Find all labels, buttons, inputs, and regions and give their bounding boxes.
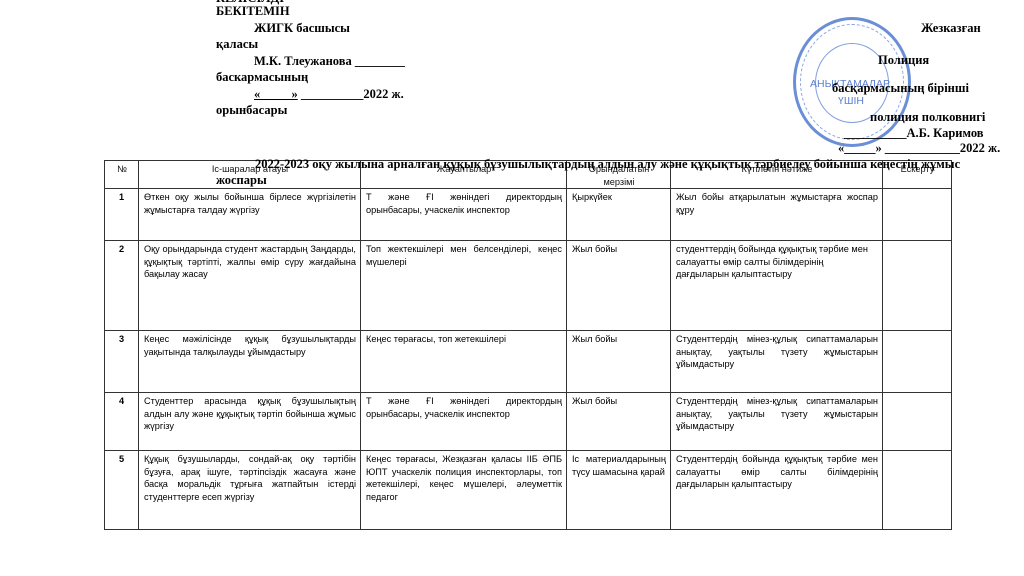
approval-right-line4: полиция полковнигі xyxy=(870,110,985,125)
responsible-cell: Кеңес төрағасы, топ жетекшілері xyxy=(361,331,567,393)
table-row: 2 Оқу орындарында студент жастардың Заңд… xyxy=(105,241,952,331)
table-row: 3 Кеңес мәжілісінде құқық бұзушылықтарды… xyxy=(105,331,952,393)
document-title: 2022-2023 оқу жылына арналған құқық бұзу… xyxy=(255,157,960,172)
row-number: 2 xyxy=(105,241,139,331)
header-number: № xyxy=(105,161,139,189)
table-row: 5 Құқық бұзушыларды, сондай-ақ оқу тәрті… xyxy=(105,451,952,530)
approval-right-line1: Жезказған xyxy=(921,21,981,36)
approval-right-line3: басқармасының бірінші xyxy=(832,81,969,96)
responsible-cell: Т және ҒІ жөніндегі директордың орынбаса… xyxy=(361,393,567,451)
approval-left-line7: орынбасары xyxy=(216,103,287,118)
result-cell: Жыл бойы атқарылатын жұмыстарға жоспар қ… xyxy=(671,189,883,241)
table-row: 1 Өткен оқу жылы бойынша бірлесе жүргізі… xyxy=(105,189,952,241)
deadline-cell: Жыл бойы xyxy=(567,331,671,393)
row-number: 1 xyxy=(105,189,139,241)
note-cell xyxy=(883,241,952,331)
note-cell xyxy=(883,189,952,241)
activity-cell: Студенттер арасында құқық бұзушылықтың а… xyxy=(139,393,361,451)
deadline-cell: Қыркүйек xyxy=(567,189,671,241)
approval-left-line3: қаласы xyxy=(216,37,258,52)
activity-cell: Өткен оқу жылы бойынша бірлесе жүргізіле… xyxy=(139,189,361,241)
work-plan-table: № Іс-шаралар атауы Жауаптылар Орындалаты… xyxy=(104,160,952,530)
table-row: 4 Студенттер арасында құқық бұзушылықтың… xyxy=(105,393,952,451)
deadline-cell: Жыл бойы xyxy=(567,241,671,331)
deadline-cell: Жыл бойы xyxy=(567,393,671,451)
approval-left-date: «_____» __________2022 ж. xyxy=(254,87,404,102)
document-title-line2: жоспары xyxy=(216,173,267,188)
activity-cell: Оқу орындарында студент жастардың Заңдар… xyxy=(139,241,361,331)
approval-right-line2: Полиция xyxy=(878,53,929,68)
result-cell: Студенттердің мінез-құлық сипаттамаларын… xyxy=(671,393,883,451)
note-cell xyxy=(883,331,952,393)
approval-right-signature: __________А.Б. Каримов xyxy=(844,126,984,141)
approval-left-signature: М.К. Тлеужанова ________ xyxy=(254,54,405,69)
responsible-cell: Топ жектекшілері мен белсенділері, кеңес… xyxy=(361,241,567,331)
responsible-cell: Кеңес төрағасы, Жезқазған қаласы ІІБ ӘПБ… xyxy=(361,451,567,530)
deadline-cell: Іс материалдарының түсу шамасына қарай xyxy=(567,451,671,530)
row-number: 3 xyxy=(105,331,139,393)
date-quote: «_____» xyxy=(254,87,298,101)
result-cell: Студенттердің мінез-құлық сипаттамаларын… xyxy=(671,331,883,393)
note-cell xyxy=(883,451,952,530)
result-cell: Студенттердің бойында құқықтық тәрбие ме… xyxy=(671,451,883,530)
result-cell: студенттердің бойында құқықтық тәрбие ме… xyxy=(671,241,883,331)
approval-right-date: «_____» ____________2022 ж. xyxy=(838,141,1000,156)
approval-left-line5: баскармасының xyxy=(216,70,308,85)
approval-left-line2: ЖИГК басшысы xyxy=(254,21,350,36)
activity-cell: Құқық бұзушыларды, сондай-ақ оқу тәртібі… xyxy=(139,451,361,530)
stamp-text-line2: ҮШІН xyxy=(838,95,864,107)
responsible-cell: Т және ҒІ жөніндегі директордың орынбаса… xyxy=(361,189,567,241)
approval-left-line1: БЕКІТЕМІН xyxy=(216,4,290,19)
activity-cell: Кеңес мәжілісінде құқық бұзушылықтарды у… xyxy=(139,331,361,393)
date-rest: __________2022 ж. xyxy=(298,87,404,101)
note-cell xyxy=(883,393,952,451)
row-number: 4 xyxy=(105,393,139,451)
row-number: 5 xyxy=(105,451,139,530)
